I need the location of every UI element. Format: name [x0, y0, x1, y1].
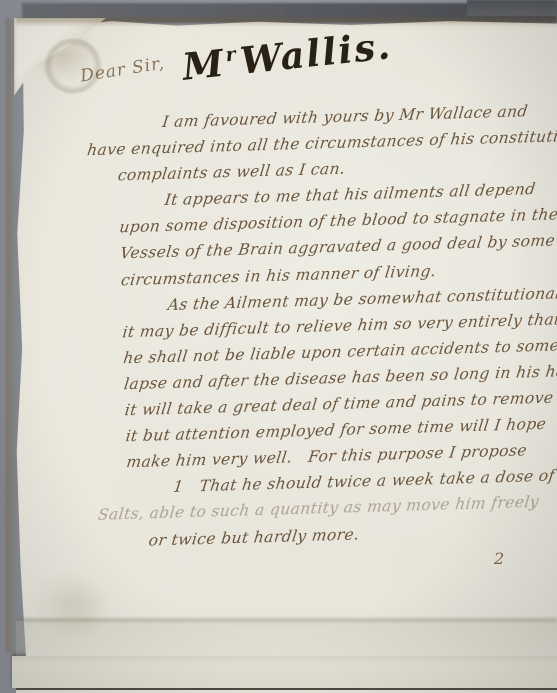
manuscript-photo: MrWallis. Dear Sir, I am favoured with y…: [0, 0, 557, 693]
letter-body: I am favoured with yours by Mr Wallace a…: [62, 97, 557, 555]
fold-shading: [16, 621, 557, 656]
page-number: 2: [494, 549, 504, 568]
under-sheet: [12, 656, 557, 688]
page-edge-discoloration-left: [6, 18, 18, 652]
page-edge-discoloration-top: [16, 18, 557, 27]
under-sheet: [16, 688, 557, 693]
heading-prefix: M: [180, 41, 227, 89]
heading-superscript: r: [224, 43, 238, 66]
backdrop-dark-corner: [467, 0, 557, 16]
